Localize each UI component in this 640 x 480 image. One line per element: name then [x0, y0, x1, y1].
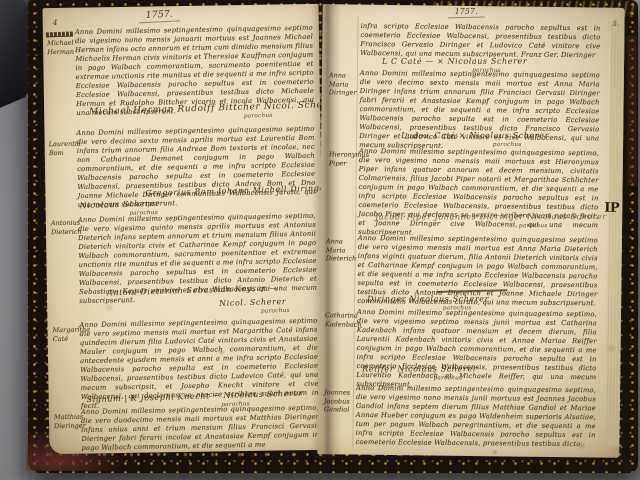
folio-mark: 4 [53, 18, 58, 27]
signature-text: Ludov. Caté × Nicolaus Scherer [401, 131, 549, 140]
margin-name-dieringer: Matthias Dieringer [54, 413, 84, 430]
page-number: 5. [612, 20, 619, 28]
signature-text: Reiffer Nicolaus Scherer [362, 364, 477, 373]
margin-name-bom: Laurentia Bom [49, 140, 79, 157]
cover-right-leather [627, 36, 637, 186]
foxing-stain [607, 344, 617, 353]
struck-margin-note [46, 31, 73, 37]
foxing-stain [491, 449, 498, 455]
margin-name-cate: Margaritha Caté [53, 326, 83, 343]
photograph-scene: 4 1757. Michael Herman Anno Domini mille… [0, 0, 640, 480]
signatures-piper: Jacobi Piper Johannes Dieringer Nicolaus… [375, 212, 607, 231]
year-heading-left: 1757. [138, 8, 180, 23]
priest-signature-dieterich: Nicol. Scherer parochus [219, 297, 287, 318]
left-page: 4 1757. Michael Herman Anno Domini mille… [43, 4, 326, 454]
register-book: 4 1757. Michael Herman Anno Domini mille… [28, 0, 638, 473]
signature-text: L C Caté — × Nicolaus Scherer [382, 57, 527, 66]
margin-name-dieterich: Antonius Dieterich [51, 219, 81, 236]
book-gutter [311, 4, 341, 458]
ip-ink-stamp: IP [604, 201, 619, 216]
foxing-stain [103, 302, 115, 312]
signature-text: Diringer Nicolaus Scherer [367, 294, 489, 303]
signatures-kadenbach: Reiffer Nicolaus Scherer parochus [362, 364, 477, 383]
signature-text: Jacobi Piper Johannes Dieringer Nicolaus… [375, 212, 607, 221]
foxing-stain [577, 441, 586, 449]
signature-title: parochus [519, 221, 607, 231]
burial-entry-gandiol: Anno Domini millesimo septingentesimo qu… [355, 384, 596, 449]
year-heading-right: 1757. [448, 7, 485, 19]
burial-entry-continuation: infra scripto Ecclesiae Walbacensis paro… [360, 22, 600, 60]
signature-title: parochus [434, 373, 478, 383]
burial-entry-dieringer: Anno Domini millesimo septingentesimo qu… [81, 404, 320, 453]
right-page: 1757. 5. infra scripto Ecclesiae Walbace… [317, 4, 624, 458]
signature-title: parochus [261, 306, 287, 317]
margin-name-herman: Michael Herman [47, 39, 77, 56]
